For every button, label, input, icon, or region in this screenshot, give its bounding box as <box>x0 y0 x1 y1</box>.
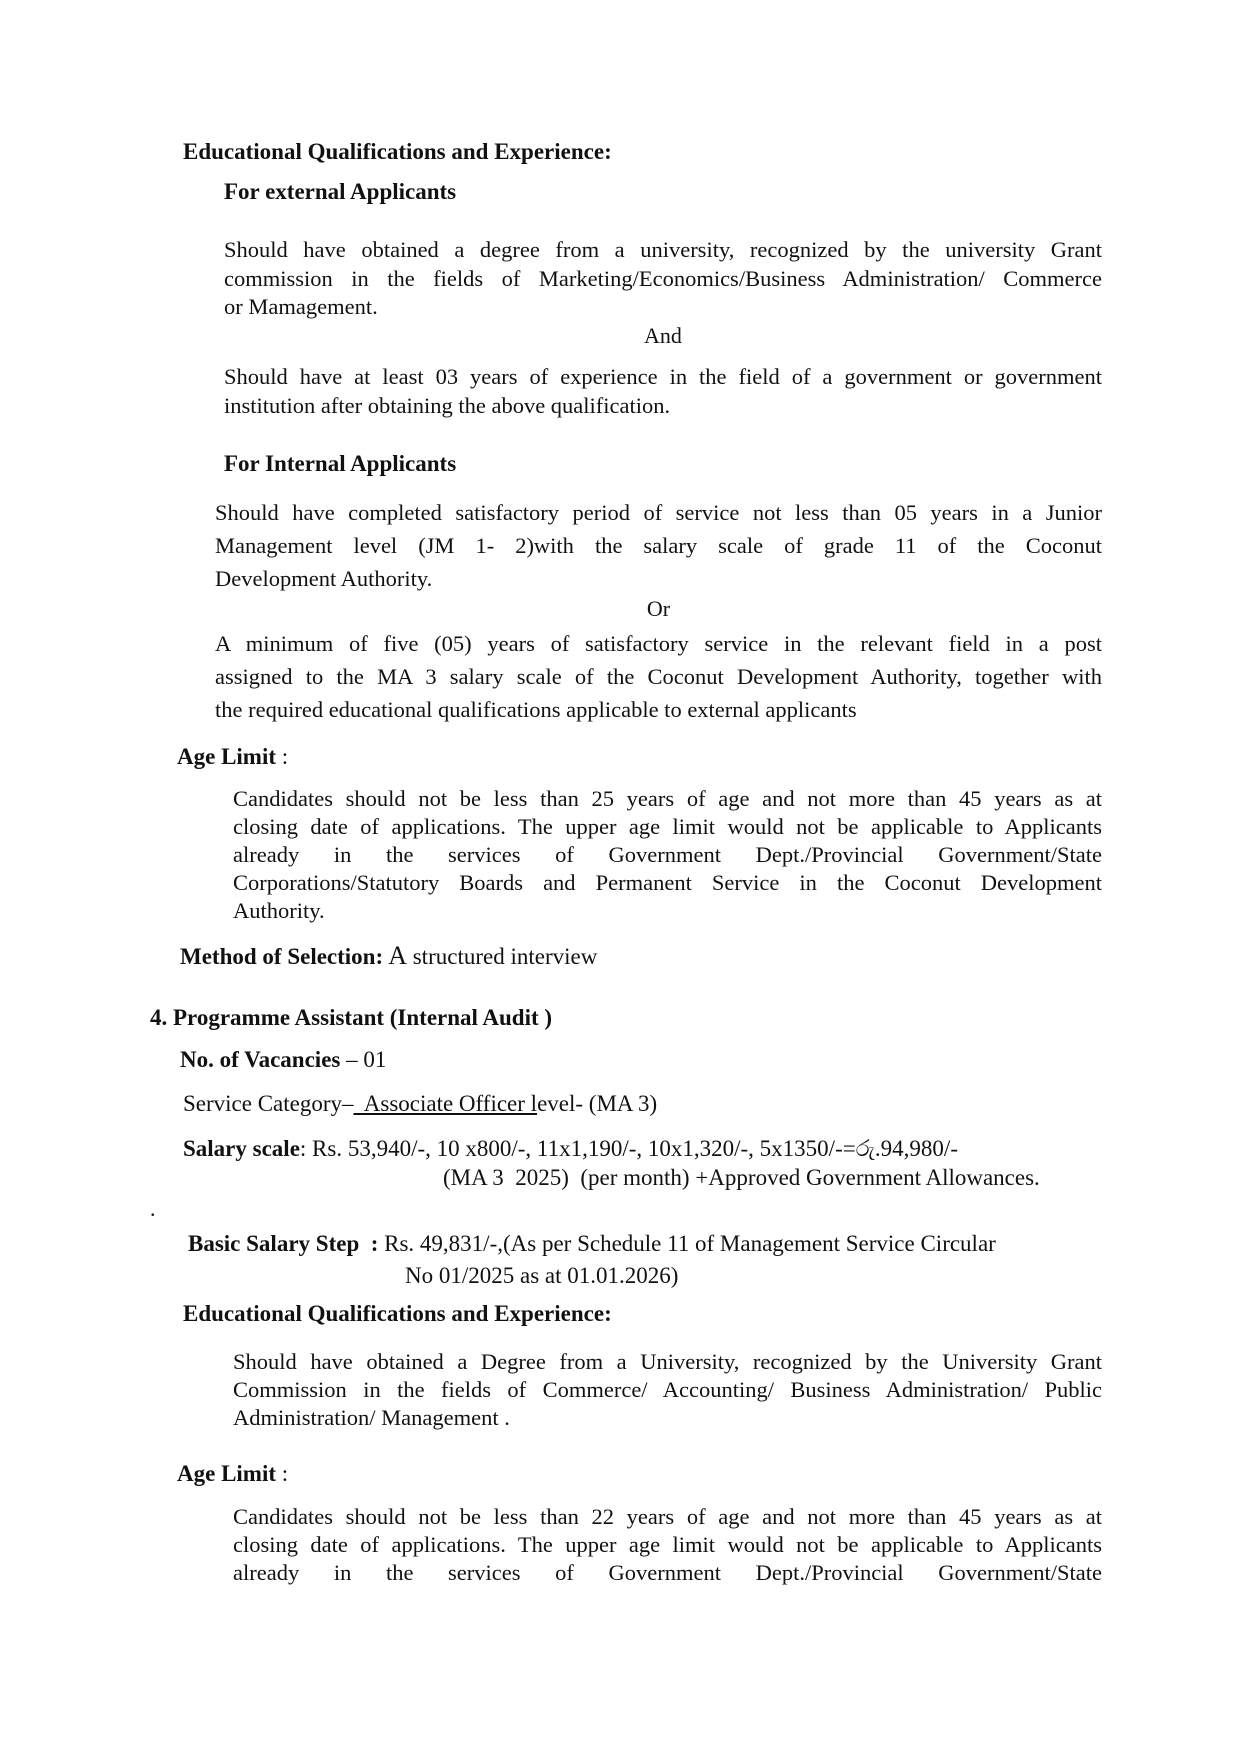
text-line: Should have at least 03 years of experie… <box>224 363 1102 392</box>
text-line: A minimum of five (05) years of satisfac… <box>215 627 1102 660</box>
vacancies-value: – 01 <box>340 1047 386 1072</box>
connector-and: And <box>224 323 1102 349</box>
basic-salary-line-2: No 01/2025 as at 01.01.2026) <box>405 1262 678 1289</box>
service-category-underlined: Associate Officer l <box>354 1091 538 1116</box>
text-line: Commission in the fields of Commerce/ Ac… <box>233 1376 1102 1404</box>
external-degree-paragraph: Should have obtained a degree from a uni… <box>224 236 1102 322</box>
method-of-selection: Method of Selection: A structured interv… <box>180 942 597 970</box>
text-line: already in the services of Government De… <box>233 1559 1102 1587</box>
age-limit-label: Age Limit <box>177 744 276 769</box>
internal-applicants-heading: For Internal Applicants <box>224 450 456 477</box>
service-category-line: Service Category– Associate Officer leve… <box>183 1090 657 1117</box>
age-limit-label: Age Limit <box>177 1461 276 1486</box>
text-line: Candidates should not be less than 22 ye… <box>233 1503 1102 1531</box>
service-category-rest: evel- (MA 3) <box>537 1091 657 1116</box>
salary-scale-value: : Rs. 53,940/-, 10 x800/-, 11x1,190/-, 1… <box>300 1136 958 1161</box>
external-experience-paragraph: Should have at least 03 years of experie… <box>224 363 1102 420</box>
text-line: Authority. <box>233 897 1102 925</box>
text-line: Should have obtained a Degree from a Uni… <box>233 1348 1102 1376</box>
salary-scale-label: Salary scale <box>183 1136 300 1161</box>
age-limit-heading: Age Limit : <box>177 743 288 770</box>
text-line: Corporations/Statutory Boards and Perman… <box>233 869 1102 897</box>
section4-age-limit-heading: Age Limit : <box>177 1460 288 1487</box>
age-limit-paragraph: Candidates should not be less than 25 ye… <box>233 785 1102 925</box>
age-limit-colon: : <box>276 744 288 769</box>
method-label: Method of Selection: <box>180 944 383 969</box>
text-line: or Mamagement. <box>224 293 1102 322</box>
salary-scale-line-2: (MA 3 2025) (per month) +Approved Govern… <box>443 1164 1040 1191</box>
text-line: assigned to the MA 3 salary scale of the… <box>215 660 1102 693</box>
connector-or: Or <box>215 596 1102 622</box>
external-applicants-heading: For external Applicants <box>224 178 456 205</box>
salary-scale-line: Salary scale: Rs. 53,940/-, 10 x800/-, 1… <box>183 1135 958 1162</box>
edu-qualifications-heading: Educational Qualifications and Experienc… <box>183 138 612 165</box>
stray-dot: . <box>150 1196 156 1222</box>
text-line: Candidates should not be less than 25 ye… <box>233 785 1102 813</box>
text-line: Management level (JM 1- 2)with the salar… <box>215 529 1102 562</box>
text-line: Administration/ Management . <box>233 1404 1102 1432</box>
section4-age-limit-paragraph: Candidates should not be less than 22 ye… <box>233 1503 1102 1587</box>
method-value-initial: A <box>383 941 407 970</box>
section-title: Programme Assistant (Internal Audit ) <box>173 1005 552 1030</box>
basic-salary-label: Basic Salary Step : <box>188 1231 378 1256</box>
vacancies-line: No. of Vacancies – 01 <box>180 1046 386 1073</box>
text-line: closing date of applications. The upper … <box>233 1531 1102 1559</box>
internal-service-paragraph: Should have completed satisfactory perio… <box>215 496 1102 595</box>
text-line: Development Authority. <box>215 562 1102 595</box>
section4-edu-paragraph: Should have obtained a Degree from a Uni… <box>233 1348 1102 1432</box>
service-category-label: Service Category– <box>183 1091 354 1116</box>
basic-salary-line: Basic Salary Step : Rs. 49,831/-,(As per… <box>188 1230 996 1257</box>
method-value: structured interview <box>407 944 597 969</box>
section4-edu-heading: Educational Qualifications and Experienc… <box>183 1300 612 1327</box>
vacancies-label: No. of Vacancies <box>180 1047 340 1072</box>
text-line: commission in the fields of Marketing/Ec… <box>224 265 1102 294</box>
internal-ma3-paragraph: A minimum of five (05) years of satisfac… <box>215 627 1102 726</box>
text-line: institution after obtaining the above qu… <box>224 392 1102 421</box>
text-line: Should have completed satisfactory perio… <box>215 496 1102 529</box>
basic-salary-value: Rs. 49,831/-,(As per Schedule 11 of Mana… <box>378 1231 995 1256</box>
text-line: Should have obtained a degree from a uni… <box>224 236 1102 265</box>
age-limit-colon: : <box>276 1461 288 1486</box>
text-line: the required educational qualifications … <box>215 693 1102 726</box>
text-line: already in the services of Government De… <box>233 841 1102 869</box>
section-number: 4. <box>150 1005 167 1030</box>
section-4-heading: 4. Programme Assistant (Internal Audit ) <box>150 1004 552 1031</box>
text-line: closing date of applications. The upper … <box>233 813 1102 841</box>
